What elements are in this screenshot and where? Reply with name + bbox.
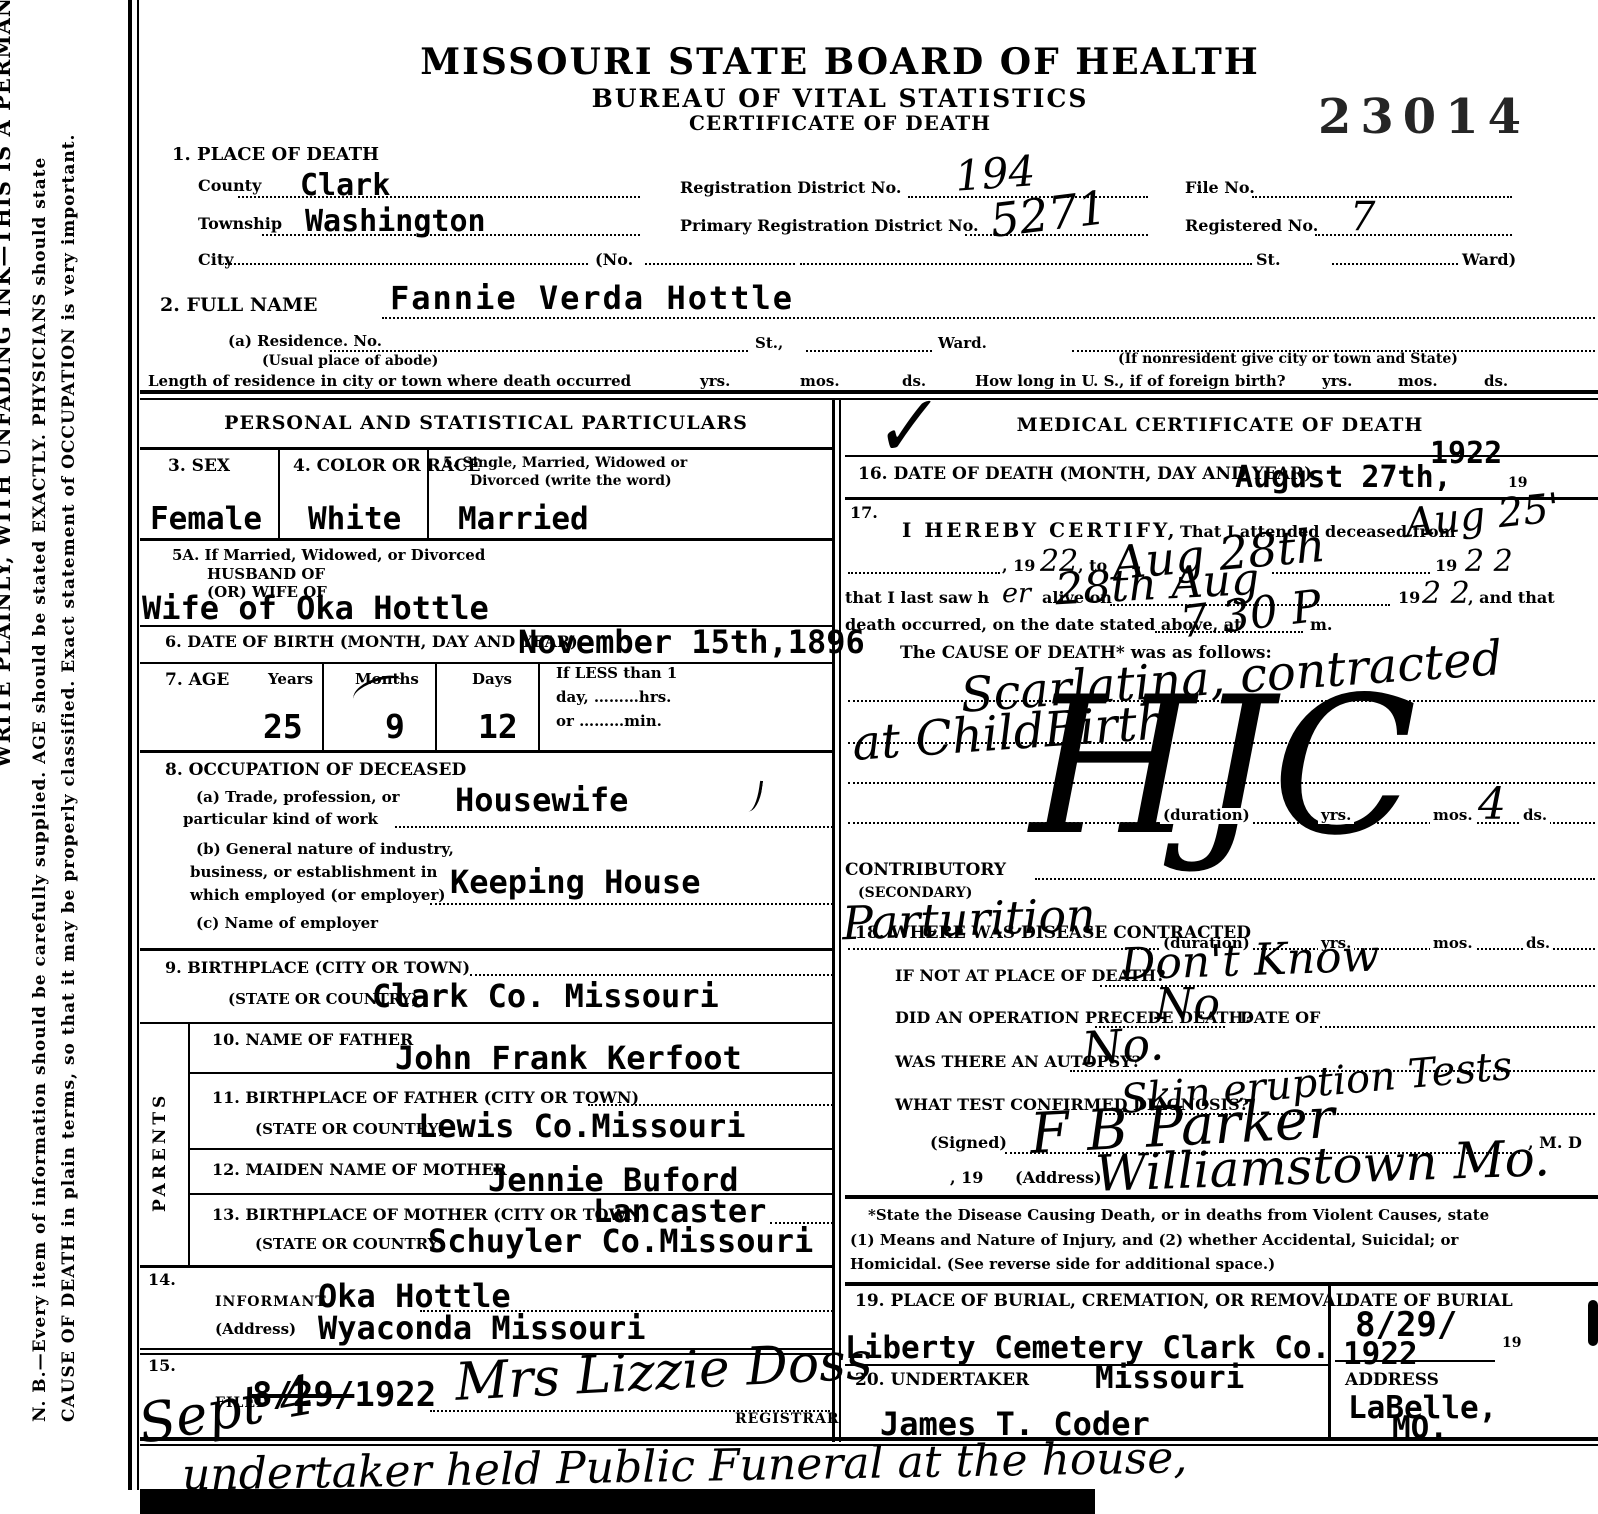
rule — [845, 1364, 1328, 1366]
dotted-line — [395, 826, 833, 828]
rule — [190, 1072, 833, 1074]
dotted-line — [382, 317, 1595, 319]
birthplace-value: Clark Co. Missouri — [372, 980, 719, 1014]
mos-label: mos. — [1430, 936, 1476, 952]
rule — [845, 1282, 1598, 1286]
marital-value: Married — [458, 503, 589, 536]
dotted-line — [645, 263, 795, 265]
less-than-label-line2: day, ………hrs. — [556, 690, 671, 706]
duration-days-handwritten: 4 — [1478, 782, 1506, 828]
dotted-line — [806, 350, 932, 352]
date-of-label: Date of — [1240, 1010, 1320, 1027]
age-years-label: Years — [268, 672, 313, 688]
father-name-label: 10. NAME OF FATHER — [212, 1032, 413, 1049]
address-label: (Address) — [1015, 1170, 1102, 1187]
registrar-label: Registrar — [735, 1412, 839, 1427]
rule — [1335, 1360, 1495, 1362]
residence-label: (a) Residence. No. — [228, 334, 382, 350]
signed-label: (Signed) — [930, 1135, 1007, 1152]
dotted-line — [1315, 234, 1512, 236]
rule — [278, 450, 280, 538]
registered-no-label: Registered No. — [1185, 218, 1318, 235]
physician-initials-overwritten: HJC — [1030, 672, 1417, 862]
scan-artifact-blob — [1588, 1300, 1598, 1346]
page-title: MISSOURI STATE BOARD OF HEALTH — [140, 44, 1540, 82]
m-label: m. — [1310, 617, 1333, 634]
preprinted-19: , 19 — [1002, 558, 1035, 575]
mos-label: mos. — [800, 374, 840, 390]
age-months-value: 9 — [385, 710, 405, 745]
dotted-line — [470, 974, 833, 976]
occupation-a-value: Housewife — [455, 784, 628, 818]
preprinted-19: 19 — [1395, 590, 1423, 607]
race-value: White — [308, 503, 401, 536]
occupation-a-label2: particular kind of work — [183, 812, 378, 828]
dotted-line — [330, 350, 748, 352]
last-saw-label: that I last saw h — [845, 590, 989, 607]
age-label: 7. AGE — [165, 672, 229, 690]
city-ward-label: Ward) — [1462, 252, 1516, 269]
undertaker-address-state: MO. — [1392, 1412, 1448, 1445]
mos-label: mos. — [1398, 374, 1438, 390]
place-of-burial-value: Liberty Cemetery Clark Co. — [845, 1332, 1330, 1365]
sex-label: 3. SEX — [168, 458, 230, 476]
less-than-label-line3: or ………min. — [556, 714, 662, 730]
footnote-line3: Homicidal. (See reverse side for additio… — [850, 1257, 1275, 1273]
age-days-value: 12 — [478, 710, 518, 745]
how-long-us-label: How long in U. S., if of foreign birth? — [975, 374, 1286, 390]
mos-label: mos. — [1430, 808, 1476, 824]
full-name-label: 2. FULL NAME — [160, 296, 317, 316]
place-of-burial-value-state: Missouri — [1095, 1362, 1244, 1395]
ink-mark — [746, 779, 763, 812]
dotted-line — [848, 572, 1000, 574]
undertaker-label: 20. UNDERTAKER — [855, 1372, 1029, 1390]
left-column-header: PERSONAL AND STATISTICAL PARTICULARS — [140, 414, 832, 434]
dotted-line — [1252, 196, 1512, 198]
mother-birthplace-state-label: (STATE OR COUNTRY) — [255, 1237, 445, 1253]
township-label: Township — [198, 216, 282, 233]
dotted-line — [225, 263, 588, 265]
informant-address-value: Wyaconda Missouri — [318, 1312, 646, 1346]
date-of-burial-value-year: 1922 — [1343, 1338, 1418, 1371]
dotted-line — [1332, 263, 1458, 265]
abode-label: (Usual place of abode) — [262, 354, 438, 369]
occupation-b-label2: business, or establishment in — [190, 865, 437, 881]
parents-vertical-label: PARENTS — [152, 1092, 170, 1212]
primary-registration-label: Primary Registration District No. — [680, 218, 979, 235]
year-22-handwritten: 2 2 — [1422, 578, 1470, 610]
rule — [140, 1022, 833, 1024]
ds-label: ds. — [1523, 936, 1553, 952]
rule — [140, 447, 833, 450]
less-than-label-line1: If LESS than 1 — [556, 666, 677, 682]
age-years-value: 25 — [263, 710, 303, 745]
rule — [538, 664, 540, 750]
city-no-label: (No. — [595, 252, 633, 269]
dotted-line — [430, 903, 833, 905]
dotted-line — [588, 1104, 833, 1106]
occupation-b-value: Keeping House — [450, 866, 700, 900]
place-of-burial-label: 19. PLACE OF BURIAL, CREMATION, OR REMOV… — [855, 1293, 1348, 1311]
informant-label: Informant — [215, 1295, 327, 1310]
city-label: City — [198, 252, 234, 269]
father-birthplace-state-label: (STATE OR COUNTRY) — [255, 1122, 445, 1138]
footnote-line1: *State the Disease Causing Death, or in … — [868, 1208, 1489, 1224]
rule — [140, 538, 833, 541]
dotted-line — [1035, 878, 1595, 880]
sex-value: Female — [150, 503, 262, 536]
preprinted-19: , 19 — [950, 1170, 983, 1187]
nonresident-label: (If nonresident give city or town and St… — [1118, 352, 1458, 367]
occupation-b-label1: (b) General nature of industry, — [196, 842, 454, 858]
attended-from-handwritten: Aug 25' — [1403, 487, 1561, 545]
full-name-value: Fannie Verda Hottle — [390, 282, 794, 316]
left-border-rule — [128, 0, 132, 1490]
autopsy-handwritten: No. — [1080, 1019, 1165, 1073]
preprinted-19: 19 — [1432, 558, 1460, 575]
dob-label: 6. DATE OF BIRTH (MONTH, DAY AND YEAR) — [165, 634, 578, 651]
physician-address-handwritten: Williamstown Mo. — [1094, 1132, 1550, 1200]
occupation-c-label: (c) Name of employer — [196, 916, 378, 932]
city-st-label: St. — [1256, 252, 1281, 269]
place-of-death-heading: 1. PLACE OF DEATH — [172, 146, 379, 165]
length-residence-label: Length of residence in city or town wher… — [148, 374, 631, 390]
item-14-number: 14. — [148, 1272, 176, 1289]
left-border-rule-inner — [137, 0, 139, 1490]
undertaker-address-label: ADDRESS — [1345, 1372, 1439, 1390]
stamp-certificate-number: 23014 — [1318, 92, 1530, 142]
residence-ward-label: Ward. — [938, 336, 987, 352]
dotted-line — [800, 263, 1252, 265]
county-value: Clark — [300, 170, 390, 202]
yrs-label: yrs. — [700, 374, 730, 390]
dotted-line — [238, 196, 640, 198]
occupation-label: 8. OCCUPATION OF DECEASED — [165, 762, 466, 780]
year-22-handwritten: 2 2 — [1465, 546, 1513, 578]
rule — [435, 664, 437, 750]
marital-label-line2: Divorced (write the word) — [470, 474, 672, 489]
rule — [190, 1148, 833, 1150]
yrs-label: yrs. — [1318, 808, 1354, 824]
date-of-death-value: August 27th, — [1235, 462, 1452, 494]
file-no-label: File No. — [1185, 180, 1255, 197]
rule — [322, 664, 324, 750]
margin-note-cause: CAUSE OF DEATH in plain terms, so that i… — [61, 134, 79, 1422]
wife-of-value: Wife of Oka Hottle — [142, 592, 489, 626]
ds-label: ds. — [1484, 374, 1508, 390]
rule — [845, 1195, 1598, 1199]
center-column-divider — [832, 400, 835, 1442]
rule — [140, 662, 833, 664]
contributory-label: CONTRIBUTORY — [845, 862, 1006, 880]
father-birthplace-label: 11. BIRTHPLACE OF FATHER (CITY OR TOWN) — [212, 1090, 639, 1107]
footnote-line2: (1) Means and Nature of Injury, and (2) … — [850, 1233, 1458, 1249]
5a-label-line1: 5A. If Married, Widowed, or Divorced — [172, 548, 485, 564]
rule — [140, 948, 833, 951]
marital-label-line1: 5. Single, Married, Widowed or — [443, 456, 687, 471]
operation-handwritten: No — [1155, 982, 1220, 1028]
rule — [140, 1265, 833, 1268]
rule — [140, 750, 833, 753]
father-birthplace-value: Lewis Co.Missouri — [418, 1110, 746, 1144]
township-value: Washington — [305, 206, 486, 238]
occupation-a-label1: (a) Trade, profession, or — [196, 790, 400, 806]
item-15-number: 15. — [148, 1358, 176, 1375]
undertaker-value: James T. Coder — [880, 1408, 1150, 1442]
her-handwritten: er — [1002, 580, 1031, 608]
preprinted-19: 19 — [1502, 1336, 1521, 1351]
ds-label: ds. — [1520, 808, 1550, 824]
filed-date-year: 1922 — [354, 1375, 436, 1415]
margin-note-nb: N. B.—Every item of information should b… — [32, 157, 50, 1422]
and-that-label: , and that — [1468, 590, 1555, 607]
duration-label: (duration) — [1160, 808, 1253, 824]
county-label: County — [198, 178, 261, 195]
residence-st-label: St., — [755, 336, 783, 352]
mother-birthplace-value: Schuyler Co.Missouri — [428, 1225, 813, 1259]
registered-no-value: 7 — [1350, 196, 1375, 238]
dotted-line — [1320, 1026, 1595, 1028]
age-days-label: Days — [472, 672, 512, 688]
margin-note-permanent-record: WRITE PLAINLY, WITH UNFADING INK—THIS IS… — [0, 0, 14, 768]
mother-name-label: 12. MAIDEN NAME OF MOTHER — [212, 1162, 507, 1179]
dotted-line — [1272, 572, 1430, 574]
item-17-number: 17. — [850, 505, 878, 522]
father-name-value: John Frank Kerfoot — [395, 1042, 742, 1076]
primary-registration-value: 5271 — [987, 183, 1109, 245]
center-column-divider-inner — [839, 400, 841, 1442]
occupation-b-label3: which employed (or employer) — [190, 888, 445, 904]
death-certificate-scan: WRITE PLAINLY, WITH UNFADING INK—THIS IS… — [0, 0, 1598, 1514]
5a-label-line2: HUSBAND OF — [207, 567, 325, 583]
registration-district-label: Registration District No. — [680, 180, 901, 197]
dob-value: November 15th,1896 — [518, 626, 865, 660]
informant-address-label: (Address) — [215, 1322, 296, 1338]
yrs-label: yrs. — [1322, 374, 1352, 390]
birthplace-label: 9. BIRTHPLACE (CITY OR TOWN) — [165, 960, 470, 977]
right-column-header: MEDICAL CERTIFICATE OF DEATH — [900, 416, 1540, 436]
rule — [188, 1024, 190, 1267]
